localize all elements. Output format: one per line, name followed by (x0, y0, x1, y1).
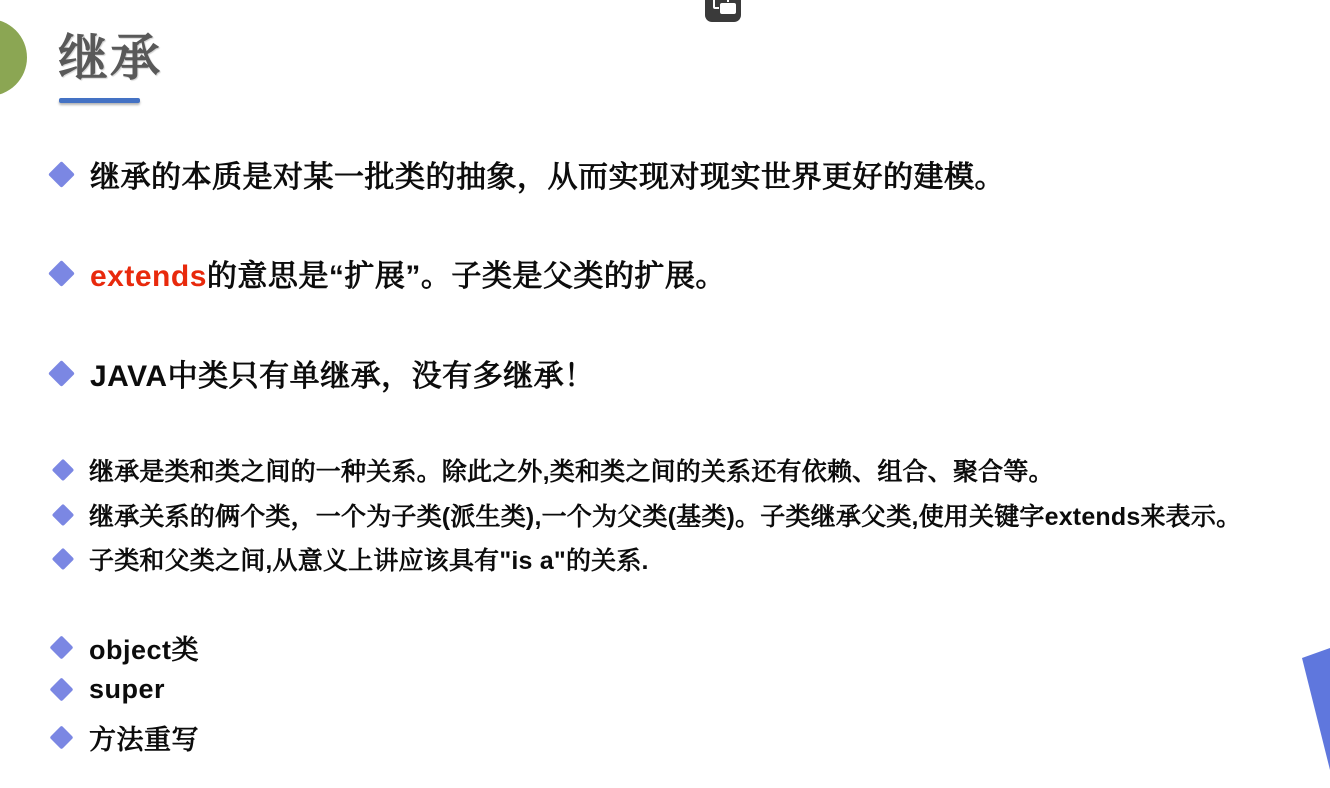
slide-title: 继承 (58, 18, 162, 90)
diamond-bullet-icon (52, 504, 75, 527)
bullet-text: 子类和父类之间,从意义上讲应该具有"is a"的关系. (89, 541, 649, 577)
bullet-item: 继承的本质是对某一批类的抽象，从而实现对现实世界更好的建模。 (52, 152, 1005, 196)
decorative-corner-triangle (1300, 646, 1330, 772)
diamond-bullet-icon (48, 360, 75, 387)
diamond-bullet-icon (48, 161, 75, 188)
title-underline (59, 98, 140, 103)
bullet-text: JAVA中类只有单继承，没有多继承！ (90, 351, 595, 395)
diamond-bullet-icon (49, 635, 73, 659)
bullet-item: 子类和父类之间,从意义上讲应该具有"is a"的关系. (52, 541, 649, 577)
bullet-item: object类 (52, 628, 199, 667)
keyword-extends: extends (90, 260, 207, 293)
diamond-bullet-icon (49, 677, 73, 701)
bullet-text: object类 (89, 628, 199, 667)
diamond-bullet-icon (48, 260, 75, 287)
bullet-item: JAVA中类只有单继承，没有多继承！ (52, 351, 595, 395)
decorative-green-circle (0, 19, 27, 96)
diamond-bullet-icon (49, 725, 73, 749)
bullet-text: 继承是类和类之间的一种关系。除此之外,类和类之间的关系还有依赖、组合、聚合等。 (89, 452, 1054, 488)
diamond-bullet-icon (52, 459, 75, 482)
restore-window-icon-fill (719, 2, 737, 15)
bullet-item: super (52, 674, 165, 705)
bullet-item: extends的意思是“扩展”。子类是父类的扩展。 (52, 251, 726, 295)
restore-window-button[interactable] (705, 0, 741, 22)
bullet-text: 继承的本质是对某一批类的抽象，从而实现对现实世界更好的建模。 (90, 152, 1005, 196)
bullet-text: 继承关系的俩个类，一个为子类(派生类),一个为父类(基类)。子类继承父类,使用关… (89, 497, 1241, 533)
bullet-text-rest: 的意思是“扩展”。子类是父类的扩展。 (207, 260, 726, 293)
bullet-text: extends的意思是“扩展”。子类是父类的扩展。 (90, 251, 726, 295)
bullet-item: 继承是类和类之间的一种关系。除此之外,类和类之间的关系还有依赖、组合、聚合等。 (52, 452, 1054, 488)
bullet-text: super (89, 674, 165, 705)
bullet-item: 继承关系的俩个类，一个为子类(派生类),一个为父类(基类)。子类继承父类,使用关… (52, 497, 1241, 533)
bullet-item: 方法重写 (52, 718, 199, 757)
diamond-bullet-icon (52, 548, 75, 571)
bullet-text: 方法重写 (89, 718, 199, 757)
